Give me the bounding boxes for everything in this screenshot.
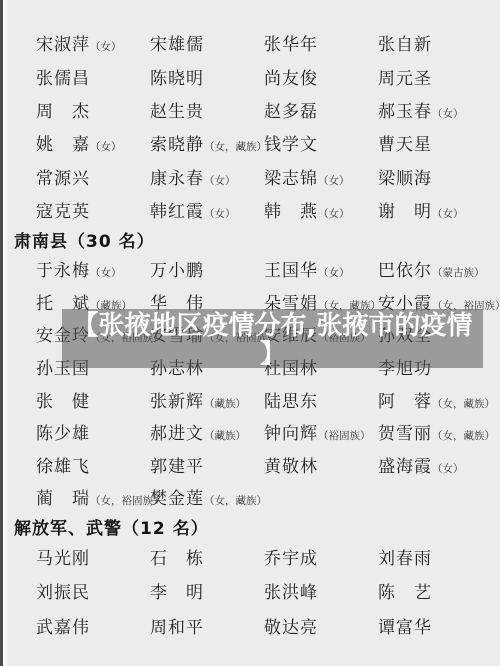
person-name: 陆思东: [264, 392, 318, 412]
person-name: 王国华: [264, 261, 318, 281]
person-note: （女）: [204, 175, 236, 187]
person-name: 曹天星: [378, 135, 432, 155]
person-note: （蒙古族）: [432, 267, 485, 279]
person-name: 寇克英: [36, 202, 90, 222]
name-row: 宋淑萍（女）宋雄儒张华年张自新: [36, 26, 492, 59]
person-name: 赵生贵: [150, 102, 204, 122]
person-name: 贺雪丽: [378, 424, 432, 444]
person-note: （女，藏族）: [204, 495, 267, 507]
person-name: 郭建平: [150, 457, 204, 477]
name-row: 周 杰赵生贵赵多磊郝玉春（女）: [36, 93, 492, 126]
person-name: 康永春: [150, 169, 204, 189]
name-cell: 谢 明（女）: [378, 197, 492, 222]
name-row: 于永梅（女）万小鹏王国华（女）巴依尔（蒙古族）: [36, 252, 492, 285]
name-cell: 尚友俊: [264, 64, 378, 89]
name-cell: 张洪峰: [264, 578, 378, 603]
name-cell: 钟向辉（裕固族）: [264, 419, 378, 444]
name-cell: 寇克英: [36, 197, 150, 222]
person-name: 郝玉春: [378, 102, 432, 122]
name-cell: 赵生贵: [150, 97, 264, 122]
person-note: （女）: [90, 267, 122, 279]
name-row: 马光刚石 栋乔宇成刘春雨: [36, 539, 492, 574]
person-name: 马光刚: [36, 549, 90, 569]
person-name: 赵多磊: [264, 102, 318, 122]
person-note: （女）: [432, 108, 464, 120]
person-name: 陈少雄: [36, 424, 90, 444]
person-name: 张洪峰: [264, 583, 318, 603]
person-name: 武嘉伟: [36, 618, 90, 638]
person-name: 梁顺海: [378, 169, 432, 189]
person-name: 梁志锦: [264, 169, 318, 189]
name-row: 蔺 瑞（女，裕固族）樊金莲（女，藏族）: [36, 481, 492, 514]
watermark-overlay: 【张掖地区疫情分布,张掖市的疫情 】: [62, 309, 483, 368]
name-cell: 于永梅（女）: [36, 256, 150, 281]
name-cell: 郝进文（藏族）: [150, 419, 264, 444]
name-cell: 周元圣: [378, 64, 492, 89]
person-name: 谭富华: [378, 618, 432, 638]
name-cell: 敬达亮: [264, 613, 378, 638]
person-name: 钱学文: [264, 135, 318, 155]
person-name: 常源兴: [36, 169, 90, 189]
person-note: （女，藏族）: [432, 398, 495, 410]
person-name: 谢 明: [378, 202, 432, 222]
name-cell: 郭建平: [150, 452, 264, 477]
name-cell: 张新辉（藏族）: [150, 387, 264, 412]
person-name: 张自新: [378, 35, 432, 55]
name-cell: 索晓静（女，藏族）: [150, 130, 264, 155]
name-cell: 张 健: [36, 387, 150, 412]
name-cell: 贺雪丽（女，藏族）: [378, 419, 492, 444]
name-cell: 姚 嘉（女）: [36, 130, 150, 155]
person-note: （女）: [432, 463, 464, 475]
person-name: 钟向辉: [264, 424, 318, 444]
name-cell: 钱学文: [264, 130, 378, 155]
person-name: 郝进文: [150, 424, 204, 444]
name-cell: 常源兴: [36, 164, 150, 189]
name-cell: 陈 艺: [378, 578, 492, 603]
person-name: 石 栋: [150, 549, 204, 569]
name-cell: 谭富华: [378, 613, 492, 638]
person-name: 李 明: [150, 583, 204, 603]
person-note: （藏族）: [204, 430, 246, 442]
person-note: （女）: [90, 141, 122, 153]
person-name: 尚友俊: [264, 69, 318, 89]
person-note: （女）: [318, 175, 350, 187]
person-name: 徐雄飞: [36, 457, 90, 477]
name-row: 徐雄飞郭建平黄敬林盛海霞（女）: [36, 448, 492, 481]
name-row: 张儒昌陈晓明尚友俊周元圣: [36, 59, 492, 92]
name-cell: 周 杰: [36, 97, 150, 122]
name-cell: 韩红霞（女）: [150, 197, 264, 222]
name-cell: 武嘉伟: [36, 613, 150, 638]
person-name: 樊金莲: [150, 489, 204, 509]
document-page: 宋淑萍（女）宋雄儒张华年张自新张儒昌陈晓明尚友俊周元圣周 杰赵生贵赵多磊郝玉春（…: [0, 0, 500, 666]
person-name: 敬达亮: [264, 618, 318, 638]
name-cell: 刘春雨: [378, 544, 492, 569]
person-name: 黄敬林: [264, 457, 318, 477]
name-cell: 梁志锦（女）: [264, 164, 378, 189]
person-name: 周元圣: [378, 69, 432, 89]
name-cell: 黄敬林: [264, 452, 378, 477]
name-cell: 徐雄飞: [36, 452, 150, 477]
name-row: 寇克英韩红霞（女）韩 燕（女）谢 明（女）: [36, 193, 492, 226]
person-name: 周和平: [150, 618, 204, 638]
name-cell: 石 栋: [150, 544, 264, 569]
person-note: （女）: [90, 41, 122, 53]
watermark-text-line2: 】: [260, 341, 285, 367]
person-name: 张 健: [36, 392, 90, 412]
name-cell: 宋淑萍（女）: [36, 30, 150, 55]
person-name: 阿 蓉: [378, 392, 432, 412]
name-cell: 陈晓明: [150, 64, 264, 89]
person-name: 刘振民: [36, 583, 90, 603]
name-row: 张 健张新辉（藏族）陆思东阿 蓉（女，藏族）: [36, 383, 492, 416]
name-cell: 韩 燕（女）: [264, 197, 378, 222]
person-name: 姚 嘉: [36, 135, 90, 155]
name-cell: 张华年: [264, 30, 378, 55]
name-row: 姚 嘉（女）索晓静（女，藏族）钱学文曹天星: [36, 126, 492, 159]
person-note: （女）: [432, 208, 464, 220]
person-note: （女，藏族）: [432, 430, 495, 442]
name-row: 武嘉伟周和平敬达亮谭富华: [36, 608, 492, 643]
name-cell: 陆思东: [264, 387, 378, 412]
person-name: 张新辉: [150, 392, 204, 412]
name-row: 刘振民李 明张洪峰陈 艺: [36, 574, 492, 609]
person-note: （女）: [204, 208, 236, 220]
person-name: 韩 燕: [264, 202, 318, 222]
name-cell: 周和平: [150, 613, 264, 638]
name-cell: 刘振民: [36, 578, 150, 603]
person-note: （裕固族）: [318, 430, 371, 442]
name-cell: 巴依尔（蒙古族）: [378, 256, 492, 281]
name-cell: 王国华（女）: [264, 256, 378, 281]
person-name: 乔宇成: [264, 549, 318, 569]
name-cell: 赵多磊: [264, 97, 378, 122]
name-row: 常源兴康永春（女）梁志锦（女）梁顺海: [36, 160, 492, 193]
name-cell: 盛海霞（女）: [378, 452, 492, 477]
page-edge-highlight: [3, 0, 7, 666]
name-cell: 李 明: [150, 578, 264, 603]
name-cell: 康永春（女）: [150, 164, 264, 189]
name-cell: 张自新: [378, 30, 492, 55]
name-cell: 乔宇成: [264, 544, 378, 569]
name-cell: 阿 蓉（女，藏族）: [378, 387, 492, 412]
person-name: 张儒昌: [36, 69, 90, 89]
person-note: （藏族）: [204, 398, 246, 410]
person-note: （女）: [318, 208, 350, 220]
person-name: 万小鹏: [150, 261, 204, 281]
person-name: 索晓静: [150, 135, 204, 155]
name-cell: 梁顺海: [378, 164, 492, 189]
person-name: 蔺 瑞: [36, 489, 90, 509]
name-cell: 郝玉春（女）: [378, 97, 492, 122]
section-header: 解放军、武警（12 名）: [14, 513, 492, 539]
name-cell: 张儒昌: [36, 64, 150, 89]
name-cell: 万小鹏: [150, 256, 264, 281]
person-name: 张华年: [264, 35, 318, 55]
name-cell: 马光刚: [36, 544, 150, 569]
person-name: 宋雄儒: [150, 35, 204, 55]
name-cell: 蔺 瑞（女，裕固族）: [36, 484, 150, 509]
person-name: 周 杰: [36, 102, 90, 122]
section-header: 肃南县（30 名）: [14, 226, 492, 252]
name-cell: 陈少雄: [36, 419, 150, 444]
person-name: 陈 艺: [378, 583, 432, 603]
person-name: 宋淑萍: [36, 35, 90, 55]
name-cell: 曹天星: [378, 130, 492, 155]
person-name: 巴依尔: [378, 261, 432, 281]
person-name: 陈晓明: [150, 69, 204, 89]
watermark-text-line1: 【张掖地区疫情分布,张掖市的疫情: [73, 311, 473, 341]
name-cell: 樊金莲（女，藏族）: [150, 484, 264, 509]
person-name: 刘春雨: [378, 549, 432, 569]
person-note: （女，藏族）: [204, 141, 267, 153]
person-name: 盛海霞: [378, 457, 432, 477]
person-note: （女）: [318, 267, 350, 279]
name-row: 陈少雄郝进文（藏族）钟向辉（裕固族）贺雪丽（女，藏族）: [36, 415, 492, 448]
name-cell: 宋雄儒: [150, 30, 264, 55]
person-name: 韩红霞: [150, 202, 204, 222]
person-name: 于永梅: [36, 261, 90, 281]
